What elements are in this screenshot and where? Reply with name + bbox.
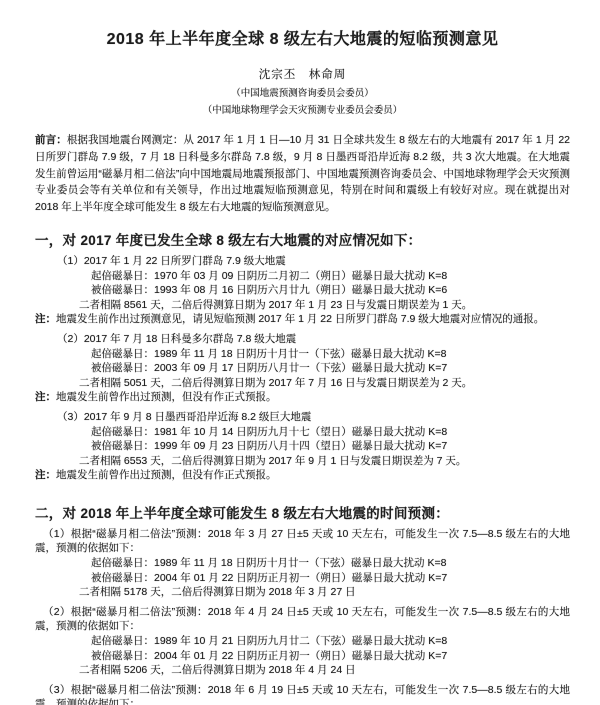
forecast-item-3-intro: （3）根据“磁暴月相二倍法”预测：2018 年 6 月 19 日±5 天或 10… bbox=[35, 683, 570, 705]
quake-item-3-note: 注：地震发生前曾作出过预测，但没有作正式预报。 bbox=[35, 468, 570, 483]
forecast-item-1-intro: （1）根据“磁暴月相二倍法”预测：2018 年 3 月 27 日±5 天或 10… bbox=[35, 527, 570, 556]
quake-item-2-doubled-storm-line: 被倍磁暴日：2003 年 09 月 17 日阴历八月廿一（下弦）磁暴日最大扰动 … bbox=[35, 361, 570, 376]
quake-item-1: （1）2017 年 1 月 22 日所罗门群岛 7.9 级大地震 起倍磁暴日：1… bbox=[35, 254, 570, 327]
quake-item-2-note: 注：地震发生前曾作出过预测，但没有作正式预报。 bbox=[35, 390, 570, 405]
quake-item-2-title: （2）2017 年 7 月 18 日科曼多尔群岛 7.8 级大地震 bbox=[35, 332, 570, 347]
note-text: 地震发生前曾作出过预测，但没有作正式预报。 bbox=[56, 469, 277, 481]
note-text: 地震发生前作出过预测意见，请见短临预测 2017 年 1 月 22 日所罗门群岛… bbox=[56, 313, 544, 325]
forecast-item-2-doubled-storm-line: 被倍磁暴日：2004 年 01 月 22 日阴历正月初一（朔日）磁暴日最大扰动 … bbox=[35, 649, 570, 664]
quake-item-1-note: 注：地震发生前作出过预测意见，请见短临预测 2017 年 1 月 22 日所罗门… bbox=[35, 312, 570, 327]
section1-body: （1）2017 年 1 月 22 日所罗门群岛 7.9 级大地震 起倍磁暴日：1… bbox=[35, 254, 570, 483]
forecast-item-1-doubled-storm-line: 被倍磁暴日：2004 年 01 月 22 日阴历正月初一（朔日）磁暴日最大扰动 … bbox=[35, 571, 570, 586]
forecast-item-2-start-storm-line: 起倍磁暴日：1989 年 10 月 21 日阴历九月廿二（下弦）磁暴日最大扰动 … bbox=[35, 634, 570, 649]
quake-item-1-interval-line: 二者相隔 8561 天，二倍后得测算日期为 2017 年 1 月 23 日与发震… bbox=[35, 298, 570, 313]
quake-item-3-title: （3）2017 年 9 月 8 日墨西哥沿岸近海 8.2 级巨大地震 bbox=[35, 410, 570, 425]
quake-item-1-start-storm-line: 起倍磁暴日：1970 年 03 月 09 日阴历二月初二（朔日）磁暴日最大扰动 … bbox=[35, 269, 570, 284]
quake-item-3-doubled-storm-line: 被倍磁暴日：1999 年 09 月 23 日阴历八月十四（望日）磁暴日最大扰动 … bbox=[35, 439, 570, 454]
forecast-item-1: （1）根据“磁暴月相二倍法”预测：2018 年 3 月 27 日±5 天或 10… bbox=[35, 527, 570, 600]
note-label: 注： bbox=[35, 313, 56, 325]
document-page: 2018 年上半年度全球 8 级左右大地震的短临预测意见 沈宗丕 林命周 （中国… bbox=[0, 0, 600, 705]
quake-item-1-doubled-storm-line: 被倍磁暴日：1993 年 08 月 16 日阴历六月廿九（朔日）磁暴日最大扰动 … bbox=[35, 283, 570, 298]
quake-item-2: （2）2017 年 7 月 18 日科曼多尔群岛 7.8 级大地震 起倍磁暴日：… bbox=[35, 332, 570, 405]
forecast-item-2-intro: （2）根据“磁暴月相二倍法”预测：2018 年 4 月 24 日±5 天或 10… bbox=[35, 605, 570, 634]
forecast-item-1-start-storm-line: 起倍磁暴日：1989 年 11 月 18 日阴历十月廿一（下弦）磁暴日最大扰动 … bbox=[35, 556, 570, 571]
quake-item-2-start-storm-line: 起倍磁暴日：1989 年 11 月 18 日阴历十月廿一（下弦）磁暴日最大扰动 … bbox=[35, 347, 570, 362]
note-text: 地震发生前曾作出过预测，但没有作正式预报。 bbox=[56, 391, 277, 403]
note-label: 注： bbox=[35, 391, 56, 403]
foreword-label: 前言： bbox=[35, 134, 67, 146]
forecast-item-3: （3）根据“磁暴月相二倍法”预测：2018 年 6 月 19 日±5 天或 10… bbox=[35, 683, 570, 705]
quake-item-3: （3）2017 年 9 月 8 日墨西哥沿岸近海 8.2 级巨大地震 起倍磁暴日… bbox=[35, 410, 570, 483]
quake-item-2-interval-line: 二者相隔 5051 天，二倍后得测算日期为 2017 年 7 月 16 日与发震… bbox=[35, 376, 570, 391]
forecast-item-2: （2）根据“磁暴月相二倍法”预测：2018 年 4 月 24 日±5 天或 10… bbox=[35, 605, 570, 678]
forecast-item-2-interval-line: 二者相隔 5206 天，二倍后得测算日期为 2018 年 4 月 24 日 bbox=[35, 663, 570, 678]
document-title: 2018 年上半年度全球 8 级左右大地震的短临预测意见 bbox=[35, 26, 570, 49]
section2-heading: 二，对 2018 年上半年度全球可能发生 8 级左右大地震的时间预测： bbox=[35, 502, 570, 522]
section1-heading: 一，对 2017 年度已发生全球 8 级左右大地震的对应情况如下： bbox=[35, 229, 570, 249]
quake-item-3-interval-line: 二者相隔 6553 天，二倍后得测算日期为 2017 年 9 月 1 日与发震日… bbox=[35, 454, 570, 469]
section2-body: （1）根据“磁暴月相二倍法”预测：2018 年 3 月 27 日±5 天或 10… bbox=[35, 527, 570, 705]
foreword-text: 根据我国地震台网测定：从 2017 年 1 月 1 日—10 月 31 日全球共… bbox=[35, 134, 570, 213]
quake-item-3-start-storm-line: 起倍磁暴日：1981 年 10 月 14 日阴历九月十七（望日）磁暴日最大扰动 … bbox=[35, 425, 570, 440]
authors: 沈宗丕 林命周 bbox=[35, 66, 570, 82]
quake-item-1-title: （1）2017 年 1 月 22 日所罗门群岛 7.9 级大地震 bbox=[35, 254, 570, 269]
note-label: 注： bbox=[35, 469, 56, 481]
affiliation-2: （中国地球物理学会天灾预测专业委员会委员） bbox=[35, 102, 570, 116]
foreword-paragraph: 前言：根据我国地震台网测定：从 2017 年 1 月 1 日—10 月 31 日… bbox=[35, 132, 570, 216]
affiliation-1: （中国地震预测咨询委员会委员） bbox=[35, 85, 570, 99]
forecast-item-1-interval-line: 二者相隔 5178 天，二倍后得测算日期为 2018 年 3 月 27 日 bbox=[35, 585, 570, 600]
